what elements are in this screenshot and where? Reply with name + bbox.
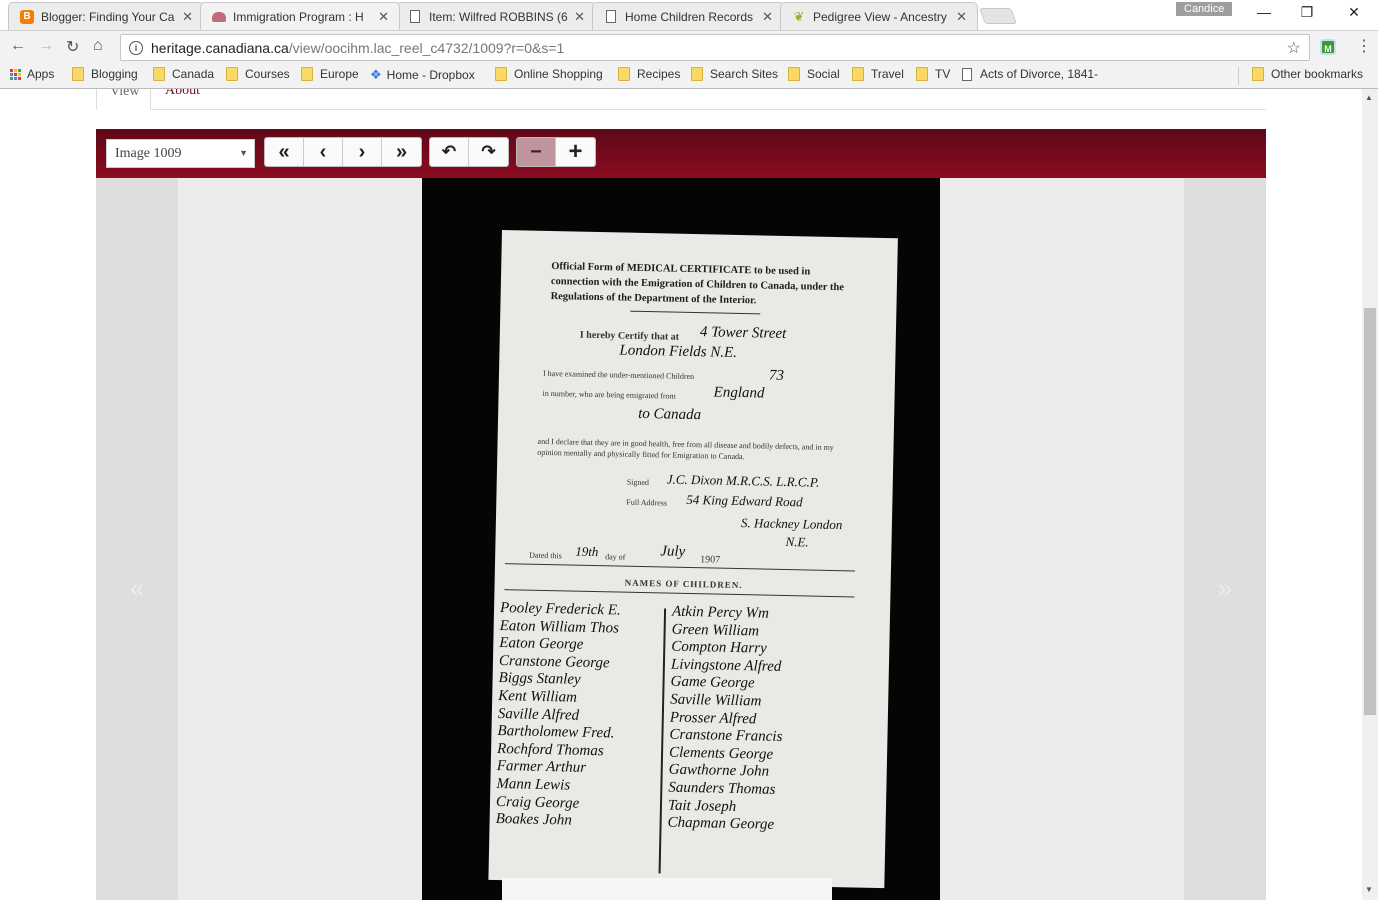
- close-tab-icon[interactable]: ✕: [956, 9, 967, 25]
- page-icon: [407, 9, 423, 25]
- minimize-icon[interactable]: —: [1254, 4, 1274, 20]
- forward-icon[interactable]: →: [38, 37, 54, 55]
- image-viewer[interactable]: « » Official Form of MEDICAL CERTIFICATE…: [96, 178, 1266, 900]
- next-page-edge: [502, 878, 832, 900]
- menu-kebab-icon[interactable]: ⋮: [1356, 36, 1372, 56]
- address-bar[interactable]: i heritage.canadiana.ca/view/oocihm.lac_…: [120, 34, 1310, 61]
- tab-home-children-records[interactable]: Home Children Records - ✕: [592, 2, 784, 30]
- next-image-panel[interactable]: »: [1184, 178, 1266, 900]
- folder-icon: [618, 67, 630, 81]
- back-icon[interactable]: ←: [10, 37, 26, 55]
- page-icon: [603, 9, 619, 25]
- chevron-down-icon: ▼: [239, 148, 248, 158]
- bookmark-blogging[interactable]: Blogging: [72, 67, 138, 81]
- immigration-icon: [211, 9, 227, 25]
- blogger-icon: B: [19, 9, 35, 25]
- browser-tab-strip: B Blogger: Finding Your Ca ✕ Immigration…: [0, 0, 1378, 30]
- close-tab-icon[interactable]: ✕: [762, 9, 773, 25]
- folder-icon: [1252, 67, 1264, 81]
- home-icon[interactable]: ⌂: [93, 37, 103, 55]
- bookmark-apps[interactable]: Apps: [10, 67, 54, 81]
- first-page-button[interactable]: «: [265, 138, 304, 166]
- info-icon[interactable]: i: [129, 41, 143, 55]
- bookmark-recipes[interactable]: Recipes: [618, 67, 680, 81]
- apps-grid-icon: [10, 69, 21, 80]
- bookmark-other-bookmarks[interactable]: Other bookmarks: [1252, 67, 1363, 81]
- document-scan: Official Form of MEDICAL CERTIFICATE to …: [422, 178, 940, 900]
- close-tab-icon[interactable]: ✕: [378, 9, 389, 25]
- ancestry-leaf-icon: ❦: [791, 9, 807, 25]
- previous-page-button[interactable]: ‹: [304, 138, 343, 166]
- bookmark-home-dropbox[interactable]: ❖Home - Dropbox: [370, 67, 475, 83]
- tab-immigration-program[interactable]: Immigration Program : H ✕: [200, 2, 400, 30]
- tab-about[interactable]: About: [152, 89, 213, 110]
- names-right-column: Atkin Percy WmGreen WilliamCompton Harry…: [667, 604, 872, 837]
- bookmark-online-shopping[interactable]: Online Shopping: [495, 67, 603, 81]
- page-nav-group: « ‹ › »: [264, 137, 422, 167]
- folder-icon: [301, 67, 313, 81]
- scrollbar-thumb[interactable]: [1364, 308, 1376, 715]
- scroll-up-icon[interactable]: ▲: [1365, 93, 1373, 102]
- profile-button[interactable]: Candice: [1176, 2, 1232, 16]
- rotate-left-button[interactable]: ↶: [430, 138, 469, 166]
- new-tab-button[interactable]: [979, 8, 1017, 24]
- page-icon: [962, 68, 972, 81]
- tab-view[interactable]: View: [96, 89, 151, 110]
- restore-icon[interactable]: ❐: [1297, 4, 1317, 21]
- names-left-column: Pooley Frederick E.Eaton William ThosEat…: [495, 600, 665, 832]
- bookmark-social[interactable]: Social: [788, 67, 840, 81]
- rotate-right-button[interactable]: ↷: [469, 138, 508, 166]
- zoom-out-button[interactable]: −: [517, 138, 556, 166]
- chevron-right-double-icon: »: [1184, 573, 1266, 604]
- image-select[interactable]: Image 1009 ▼: [106, 139, 255, 168]
- medical-certificate: Official Form of MEDICAL CERTIFICATE to …: [488, 230, 898, 888]
- scroll-down-icon[interactable]: ▼: [1365, 885, 1373, 894]
- bookmark-courses[interactable]: Courses: [226, 67, 290, 81]
- view-tabs: View About: [96, 89, 1266, 110]
- bookmark-tv[interactable]: TV: [916, 67, 950, 81]
- previous-image-panel[interactable]: «: [96, 178, 178, 900]
- page-content: View About Image 1009 ▼ « ‹ › » ↶ ↷ − + …: [0, 89, 1362, 900]
- folder-icon: [788, 67, 800, 81]
- tab-wilfred-robbins[interactable]: Item: Wilfred ROBBINS (6 ✕: [396, 2, 596, 30]
- bookmark-travel[interactable]: Travel: [852, 67, 904, 81]
- page-scrollbar[interactable]: ▲ ▼: [1362, 89, 1378, 900]
- close-window-icon[interactable]: ✕: [1344, 4, 1364, 21]
- names-heading: NAMES OF CHILDREN.: [625, 578, 743, 590]
- rotate-group: ↶ ↷: [429, 137, 509, 167]
- folder-icon: [852, 67, 864, 81]
- dropbox-icon: ❖: [370, 67, 382, 83]
- bookmark-star-icon[interactable]: ☆: [1287, 38, 1301, 58]
- close-tab-icon[interactable]: ✕: [182, 9, 193, 25]
- viewer-toolbar: Image 1009 ▼ « ‹ › » ↶ ↷ − +: [96, 129, 1266, 178]
- bookmark-search-sites[interactable]: Search Sites: [691, 67, 778, 81]
- folder-icon: [72, 67, 84, 81]
- zoom-group: − +: [516, 137, 596, 167]
- folder-icon: [226, 67, 238, 81]
- browser-toolbar: ← → ↻ ⌂ i heritage.canadiana.ca/view/ooc…: [0, 30, 1378, 63]
- bookmarks-bar: Apps Blogging Canada Courses Europe ❖Hom…: [0, 63, 1378, 89]
- folder-icon: [495, 67, 507, 81]
- chevron-left-double-icon: «: [96, 573, 178, 604]
- bookmark-acts-of-divorce[interactable]: Acts of Divorce, 1841-: [962, 67, 1098, 81]
- bookmark-canada[interactable]: Canada: [153, 67, 214, 81]
- certificate-header: Official Form of MEDICAL CERTIFICATE to …: [550, 259, 856, 310]
- tab-blogger[interactable]: B Blogger: Finding Your Ca ✕: [8, 2, 204, 30]
- last-page-button[interactable]: »: [382, 138, 421, 166]
- bookmarks-divider: [1238, 67, 1239, 85]
- tab-pedigree-view[interactable]: ❦ Pedigree View - Ancestry ✕: [780, 2, 978, 30]
- folder-icon: [691, 67, 703, 81]
- reload-icon[interactable]: ↻: [66, 37, 79, 57]
- folder-icon: [916, 67, 928, 81]
- zoom-in-button[interactable]: +: [556, 138, 595, 166]
- bookmark-europe[interactable]: Europe: [301, 67, 359, 81]
- folder-icon: [153, 67, 165, 81]
- extension-shield-icon[interactable]: M: [1320, 39, 1336, 55]
- next-page-button[interactable]: ›: [343, 138, 382, 166]
- close-tab-icon[interactable]: ✕: [574, 9, 585, 25]
